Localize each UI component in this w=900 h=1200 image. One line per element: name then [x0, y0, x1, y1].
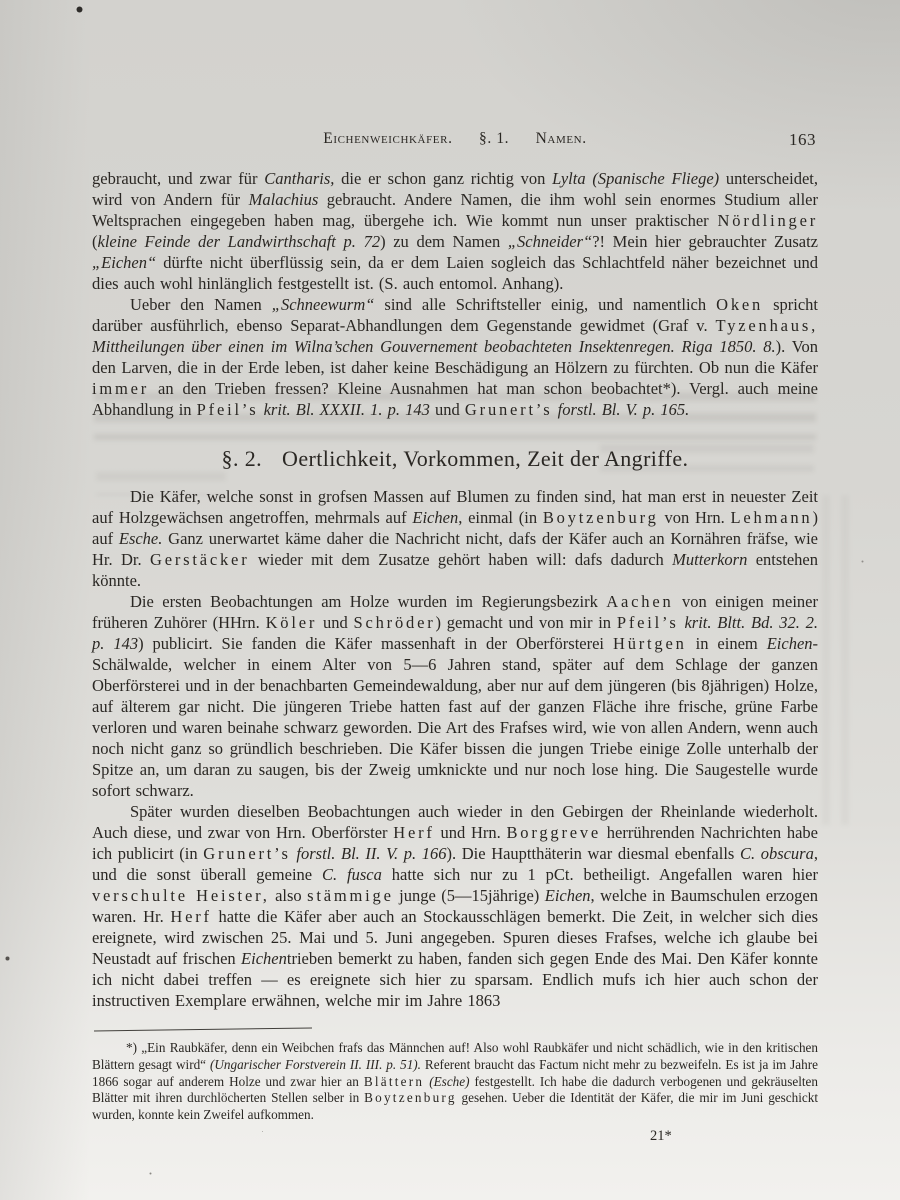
running-header-section-title: Namen.: [536, 130, 587, 147]
section-heading-number: §. 2.: [222, 446, 263, 471]
bleedthrough-margin: [822, 495, 856, 825]
footnote-text: *) „Ein Raubkäfer, denn ein Weibchen fra…: [92, 1040, 818, 1124]
paragraph-3: Die Käfer, welche sonst in grofsen Masse…: [92, 486, 818, 591]
scanned-book-page: Eichenweichkäfer. §. 1. Namen. 163 gebra…: [0, 0, 900, 1200]
section-heading: §. 2.Oertlichkeit, Vorkommen, Zeit der A…: [92, 446, 818, 472]
running-header-caption: Eichenweichkäfer. §. 1. Namen.: [92, 130, 818, 148]
paper-specks: [0, 0, 3, 3]
footnote-block: *) „Ein Raubkäfer, denn ein Weibchen fra…: [92, 1029, 818, 1124]
footnote-rule: [94, 1027, 312, 1031]
page-number: 163: [789, 130, 816, 150]
section-heading-title: Oertlichkeit, Vorkommen, Zeit der Angrif…: [282, 446, 688, 471]
running-header: Eichenweichkäfer. §. 1. Namen. 163: [92, 130, 818, 152]
running-header-section-label: §. 1.: [479, 130, 509, 147]
paragraph-2: Ueber den Namen „Schneewurm“ sind alle S…: [92, 294, 818, 420]
paragraph-5: Später wurden dieselben Beobachtungen au…: [92, 801, 818, 1011]
running-header-keyword: Eichenweichkäfer.: [323, 130, 452, 147]
paragraph-1: gebraucht, und zwar für Cantharis, die e…: [92, 168, 818, 294]
paragraph-4: Die ersten Beobachtungen am Holze wurden…: [92, 591, 818, 801]
body-text: gebraucht, und zwar für Cantharis, die e…: [92, 168, 818, 1011]
text-column: Eichenweichkäfer. §. 1. Namen. 163 gebra…: [92, 130, 818, 1145]
signature-mark: 21*: [650, 1128, 818, 1145]
